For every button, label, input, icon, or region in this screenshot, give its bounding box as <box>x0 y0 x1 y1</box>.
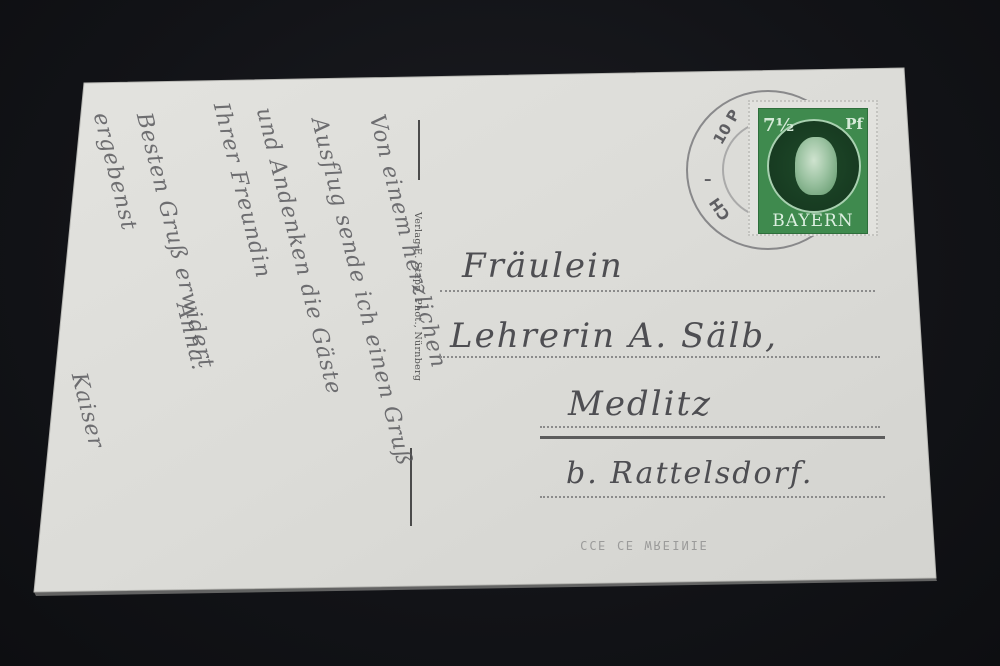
postmark-text-mid: – <box>704 170 712 188</box>
address-rule-4 <box>540 496 885 498</box>
address-line-4: b. Rattelsdorf. <box>566 456 813 491</box>
address-underline <box>540 436 885 439</box>
center-divider-top <box>418 120 420 180</box>
stamp-portrait-icon <box>795 137 837 195</box>
address-line-1: Fräulein <box>462 246 624 286</box>
stamp-denomination: 7½ <box>763 115 794 136</box>
address-rule-2 <box>440 356 880 358</box>
postage-stamp: 7½ Pf BAYERN <box>748 100 878 236</box>
stamp-denomination-unit: Pf <box>845 115 863 133</box>
address-line-3: Medlitz <box>568 384 712 424</box>
stamp-design: 7½ Pf BAYERN <box>758 108 868 234</box>
postcard-photo: Verlag E. Stapp, Phot., Nürnberg Von ein… <box>0 0 1000 666</box>
address-rule-1 <box>440 290 875 292</box>
faint-mirrored-print: ƎIИIƎЯW ƎƆ ƎƆƆ <box>578 538 707 552</box>
address-line-2: Lehrerin A. Sälb, <box>450 316 778 356</box>
stamp-country: BAYERN <box>759 211 867 231</box>
address-rule-3 <box>540 426 880 428</box>
